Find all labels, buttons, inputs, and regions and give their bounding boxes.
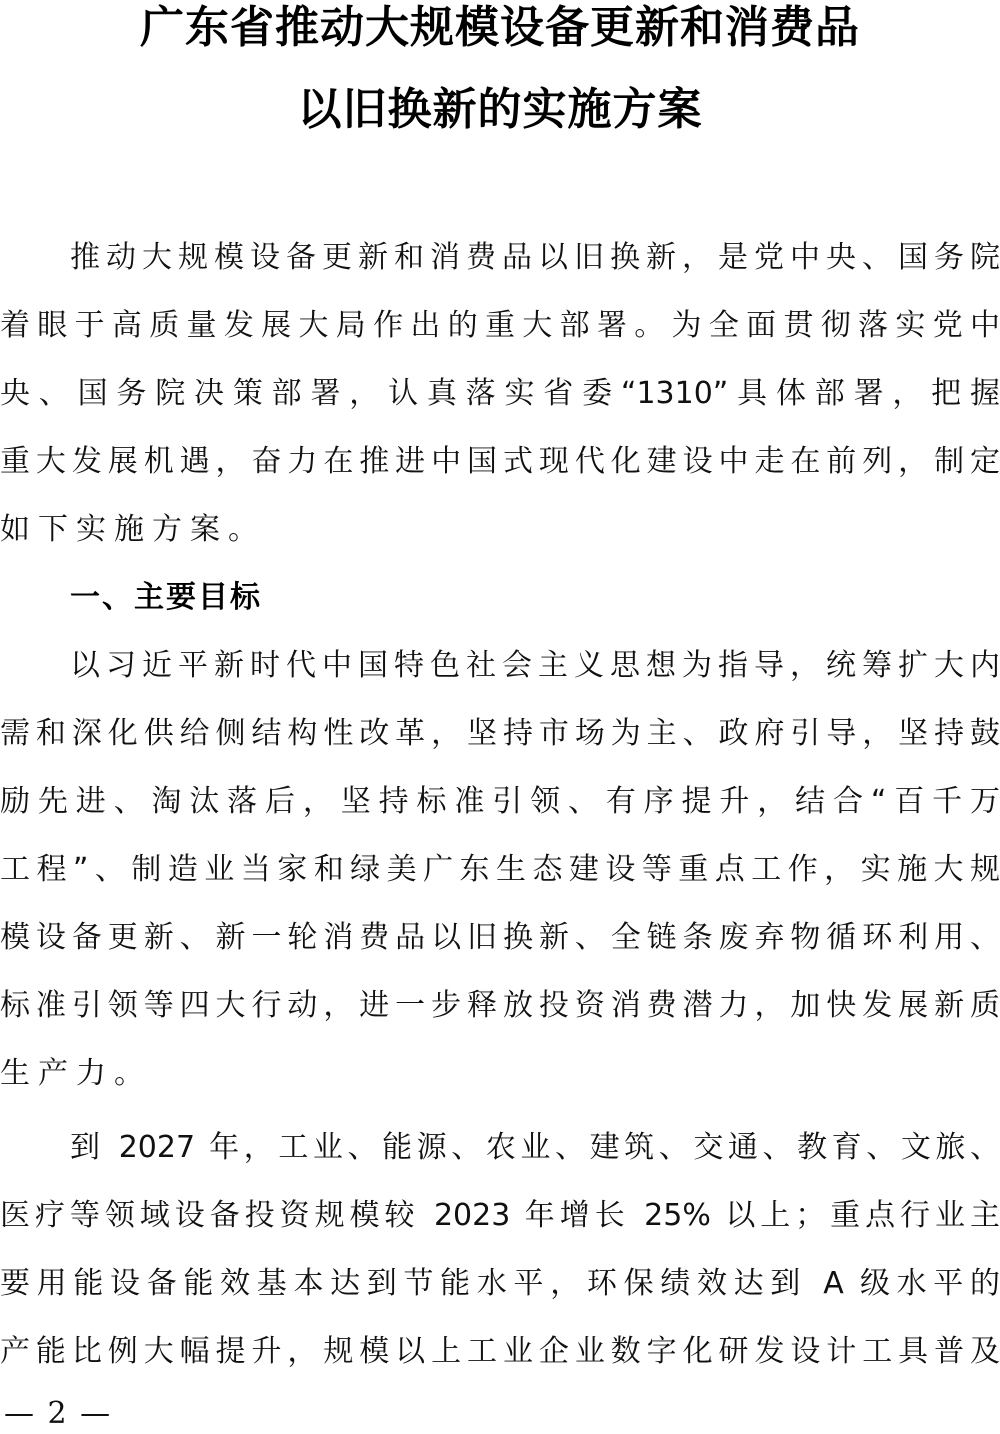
page-number: — 2 — [4, 1396, 112, 1432]
document-title-line-1: 广东省推动大规模设备更新和消费品 [0, 0, 1000, 56]
paragraph-line: 央、国务院决策部署，认真落实省委“1310”具体部署，把握 [0, 372, 1000, 416]
paragraph-line: 医疗等领域设备投资规模较 2023 年增长 25% 以上；重点行业主 [0, 1194, 1000, 1238]
document-title-line-2: 以旧换新的实施方案 [0, 82, 1000, 138]
paragraph-line: 以习近平新时代中国特色社会主义思想为指导，统筹扩大内 [70, 644, 1000, 688]
paragraph-line: 标准引领等四大行动，进一步释放投资消费潜力，加快发展新质 [0, 984, 1000, 1028]
paragraph-line: 到 2027 年，工业、能源、农业、建筑、交通、教育、文旅、 [70, 1126, 1000, 1170]
paragraph-line: 如下实施方案。 [0, 508, 1000, 552]
paragraph-line: 推动大规模设备更新和消费品以旧换新，是党中央、国务院 [70, 236, 1000, 280]
document-page: 广东省推动大规模设备更新和消费品 以旧换新的实施方案 推动大规模设备更新和消费品… [0, 0, 1000, 1434]
paragraph-line: 重大发展机遇，奋力在推进中国式现代化建设中走在前列，制定 [0, 440, 1000, 484]
paragraph-line: 工程”、制造业当家和绿美广东生态建设等重点工作，实施大规 [0, 848, 1000, 892]
paragraph-line: 生产力。 [0, 1052, 1000, 1096]
paragraph-line: 励先进、淘汰落后，坚持标准引领、有序提升，结合“百千万 [0, 780, 1000, 824]
paragraph-line: 着眼于高质量发展大局作出的重大部署。为全面贯彻落实党中 [0, 304, 1000, 348]
paragraph-line: 需和深化供给侧结构性改革，坚持市场为主、政府引导，坚持鼓 [0, 712, 1000, 756]
section-heading: 一、主要目标 [70, 576, 262, 620]
paragraph-line: 要用能设备能效基本达到节能水平，环保绩效达到 A 级水平的 [0, 1262, 1000, 1306]
paragraph-line: 产能比例大幅提升，规模以上工业企业数字化研发设计工具普及 [0, 1330, 1000, 1374]
paragraph-line: 模设备更新、新一轮消费品以旧换新、全链条废弃物循环利用、 [0, 916, 1000, 960]
